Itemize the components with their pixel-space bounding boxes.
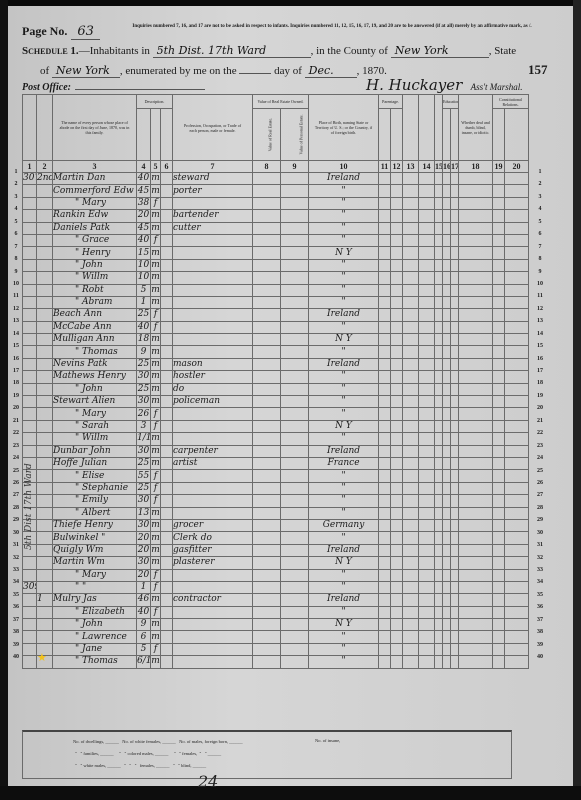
col-15-cell xyxy=(435,495,443,507)
sex-cell: m xyxy=(151,457,161,469)
occupation-cell: cutter xyxy=(173,222,253,234)
name-cell: Rankin Edw xyxy=(53,210,137,222)
name-cell: Mulry Jas xyxy=(53,594,137,606)
col-16-cell xyxy=(443,507,451,519)
col-num: 6 xyxy=(161,161,173,173)
col-19-cell xyxy=(493,569,505,581)
line-number: 7 xyxy=(533,241,547,253)
line-number: 34 xyxy=(10,576,22,588)
schedule-label: Schedule 1. xyxy=(22,45,79,57)
col-12-cell xyxy=(391,433,403,445)
footer-number: 24 xyxy=(198,772,218,791)
county-label: , in the County of xyxy=(311,45,388,57)
line-number: 12 xyxy=(533,303,547,315)
col-header-15: Attended school within the year. xyxy=(435,95,443,161)
occupation-cell xyxy=(173,247,253,259)
col-16-cell xyxy=(443,321,451,333)
col-17-cell xyxy=(451,272,459,284)
sex-cell: m xyxy=(151,656,161,668)
col-15-cell xyxy=(435,371,443,383)
table-row: Hoffe Julian25martistFrance xyxy=(23,457,529,469)
col-19-cell xyxy=(493,408,505,420)
line-number: 21 xyxy=(10,415,22,427)
name-cell: " Stephanie xyxy=(53,482,137,494)
line-number: 1 xyxy=(533,166,547,178)
occupation-cell: policeman xyxy=(173,396,253,408)
age-cell: 10 xyxy=(137,272,151,284)
sex-cell: f xyxy=(151,606,161,618)
county-value: New York xyxy=(391,44,489,58)
col-16-cell xyxy=(443,408,451,420)
col-14-cell xyxy=(419,544,435,556)
col-17-cell xyxy=(451,259,459,271)
col-12-cell xyxy=(391,334,403,346)
personal-estate-cell xyxy=(281,656,309,668)
col-13-cell xyxy=(403,197,419,209)
col-18-cell xyxy=(459,656,493,668)
col-19-cell xyxy=(493,631,505,643)
family-cell xyxy=(37,470,53,482)
col-header-5: Sex.—Males (M.), Females (F.) xyxy=(151,109,161,161)
real-estate-cell xyxy=(253,259,281,271)
col-15-cell xyxy=(435,581,443,593)
real-estate-cell xyxy=(253,470,281,482)
col-13-cell xyxy=(403,557,419,569)
col-17-cell xyxy=(451,457,459,469)
color-cell xyxy=(161,643,173,655)
col-20-cell xyxy=(505,346,529,358)
family-cell xyxy=(37,606,53,618)
col-11-cell xyxy=(379,507,391,519)
col-13-cell xyxy=(403,656,419,668)
col-19-cell xyxy=(493,619,505,631)
col-17-cell xyxy=(451,606,459,618)
line-number: 10 xyxy=(533,278,547,290)
col-18-cell xyxy=(459,185,493,197)
sex-cell: m xyxy=(151,507,161,519)
star-icon[interactable]: ★ xyxy=(37,651,47,664)
col-12-cell xyxy=(391,581,403,593)
col-16-cell xyxy=(443,532,451,544)
real-estate-cell xyxy=(253,495,281,507)
district-value: 5th Dist. 17th Ward xyxy=(153,44,311,58)
col-18-cell xyxy=(459,358,493,370)
col-15-cell xyxy=(435,173,443,185)
col-num: 18 xyxy=(459,161,493,173)
col-15-cell xyxy=(435,445,443,457)
age-cell: 5 xyxy=(137,284,151,296)
personal-estate-cell xyxy=(281,643,309,655)
col-12-cell xyxy=(391,482,403,494)
sex-cell: f xyxy=(151,581,161,593)
col-15-cell xyxy=(435,358,443,370)
col-19-cell xyxy=(493,284,505,296)
name-cell: Stewart Alien xyxy=(53,396,137,408)
table-row: " Thomas6/12m" xyxy=(23,656,529,668)
group-header-education: Education. xyxy=(443,95,459,109)
line-number: 18 xyxy=(10,377,22,389)
sex-cell: f xyxy=(151,309,161,321)
col-16-cell xyxy=(443,445,451,457)
line-number: 5 xyxy=(533,216,547,228)
color-cell xyxy=(161,619,173,631)
personal-estate-cell xyxy=(281,185,309,197)
col-13-cell xyxy=(403,408,419,420)
table-row: " John9mN Y xyxy=(23,619,529,631)
family-cell xyxy=(37,383,53,395)
birthplace-cell: Germany xyxy=(309,519,379,531)
table-row: " Lawrence6m" xyxy=(23,631,529,643)
name-cell: " " xyxy=(53,581,137,593)
col-header-8: Value of Real Estate. xyxy=(253,109,281,161)
sex-cell: m xyxy=(151,296,161,308)
col-13-cell xyxy=(403,321,419,333)
real-estate-cell xyxy=(253,185,281,197)
col-20-cell xyxy=(505,185,529,197)
line-number: 26 xyxy=(10,477,22,489)
line-number: 19 xyxy=(533,390,547,402)
col-19-cell xyxy=(493,656,505,668)
line-number: 22 xyxy=(533,427,547,439)
birthplace-cell: " xyxy=(309,656,379,668)
dwelling-cell xyxy=(23,383,37,395)
col-num: 16 xyxy=(443,161,451,173)
schedule-line: Schedule 1.—Inhabitants in 5th Dist. 17t… xyxy=(22,44,516,58)
birthplace-cell: " xyxy=(309,197,379,209)
col-num: 12 xyxy=(391,161,403,173)
family-cell xyxy=(37,519,53,531)
col-12-cell xyxy=(391,185,403,197)
line-number: 15 xyxy=(10,340,22,352)
table-row: Nevins Patk25mmasonIreland xyxy=(23,358,529,370)
line-number: 12 xyxy=(10,303,22,315)
age-cell: 30 xyxy=(137,396,151,408)
col-19-cell xyxy=(493,383,505,395)
line-number: 10 xyxy=(10,278,22,290)
birthplace-cell: " xyxy=(309,259,379,271)
sex-cell: f xyxy=(151,420,161,432)
col-13-cell xyxy=(403,643,419,655)
col-20-cell xyxy=(505,532,529,544)
col-18-cell xyxy=(459,284,493,296)
occupation-cell xyxy=(173,420,253,432)
line-number: 24 xyxy=(10,452,22,464)
page-number: Page No.63 xyxy=(22,24,100,39)
insane-count-label: No. of insane, xyxy=(315,738,340,743)
col-header-9: Value of Personal Estate. xyxy=(281,109,309,161)
col-16-cell xyxy=(443,544,451,556)
color-cell xyxy=(161,433,173,445)
state-value: New York xyxy=(52,64,120,78)
personal-estate-cell xyxy=(281,457,309,469)
birthplace-cell: " xyxy=(309,222,379,234)
sex-cell: f xyxy=(151,482,161,494)
col-11-cell xyxy=(379,581,391,593)
name-cell: " Robt xyxy=(53,284,137,296)
line-number: 33 xyxy=(533,564,547,576)
page-label: Page No. xyxy=(22,24,67,38)
col-16-cell xyxy=(443,346,451,358)
col-11-cell xyxy=(379,557,391,569)
col-19-cell xyxy=(493,557,505,569)
line-number: 26 xyxy=(533,477,547,489)
col-14-cell xyxy=(419,173,435,185)
age-cell: 40 xyxy=(137,606,151,618)
real-estate-cell xyxy=(253,296,281,308)
line-number: 17 xyxy=(10,365,22,377)
col-12-cell xyxy=(391,544,403,556)
family-cell: 1 xyxy=(37,594,53,606)
of-label: of xyxy=(40,65,49,77)
line-number: 39 xyxy=(533,639,547,651)
col-16-cell xyxy=(443,173,451,185)
col-19-cell xyxy=(493,334,505,346)
col-17-cell xyxy=(451,173,459,185)
day-value xyxy=(239,73,271,74)
family-cell xyxy=(37,210,53,222)
table-row: " Mary20f" xyxy=(23,569,529,581)
family-cell xyxy=(37,321,53,333)
col-16-cell xyxy=(443,334,451,346)
col-14-cell xyxy=(419,222,435,234)
age-cell: 25 xyxy=(137,383,151,395)
line-number: 35 xyxy=(533,589,547,601)
col-15-cell xyxy=(435,334,443,346)
col-num: 10 xyxy=(309,161,379,173)
col-12-cell xyxy=(391,495,403,507)
real-estate-cell xyxy=(253,309,281,321)
personal-estate-cell xyxy=(281,594,309,606)
col-11-cell xyxy=(379,457,391,469)
name-cell: Dunbar John xyxy=(53,445,137,457)
birthplace-cell: " xyxy=(309,185,379,197)
line-number: 31 xyxy=(10,539,22,551)
col-12-cell xyxy=(391,532,403,544)
col-11-cell xyxy=(379,433,391,445)
col-20-cell xyxy=(505,296,529,308)
col-19-cell xyxy=(493,358,505,370)
col-12-cell xyxy=(391,420,403,432)
col-13-cell xyxy=(403,334,419,346)
age-cell: 1 xyxy=(137,296,151,308)
col-15-cell xyxy=(435,457,443,469)
name-cell: Bulwinkel " xyxy=(53,532,137,544)
personal-estate-cell xyxy=(281,173,309,185)
col-12-cell xyxy=(391,247,403,259)
name-cell: " Grace xyxy=(53,234,137,246)
birthplace-cell: N Y xyxy=(309,334,379,346)
birthplace-cell: " xyxy=(309,482,379,494)
name-cell: " Willm xyxy=(53,433,137,445)
family-cell xyxy=(37,309,53,321)
col-14-cell xyxy=(419,470,435,482)
dwelling-cell xyxy=(23,309,37,321)
name-cell: Daniels Patk xyxy=(53,222,137,234)
table-row: Quigly Wm20mgasfitterIreland xyxy=(23,544,529,556)
table-row: " Emily30f" xyxy=(23,495,529,507)
sex-cell: m xyxy=(151,396,161,408)
birthplace-cell: " xyxy=(309,433,379,445)
sex-cell: m xyxy=(151,383,161,395)
col-20-cell xyxy=(505,371,529,383)
col-15-cell xyxy=(435,272,443,284)
dwelling-cell xyxy=(23,247,37,259)
col-15-cell xyxy=(435,234,443,246)
line-number: 17 xyxy=(533,365,547,377)
col-15-cell xyxy=(435,309,443,321)
group-header-estate: Value of Real Estate Owned. xyxy=(253,95,309,109)
personal-estate-cell xyxy=(281,247,309,259)
occupation-cell: porter xyxy=(173,185,253,197)
birthplace-cell: " xyxy=(309,606,379,618)
col-17-cell xyxy=(451,643,459,655)
col-header-17: Cannot write. xyxy=(451,109,459,161)
personal-estate-cell xyxy=(281,482,309,494)
name-cell: " Emily xyxy=(53,495,137,507)
col-15-cell xyxy=(435,606,443,618)
col-11-cell xyxy=(379,619,391,631)
family-cell xyxy=(37,346,53,358)
col-12-cell xyxy=(391,383,403,395)
col-20-cell xyxy=(505,284,529,296)
name-cell: " John xyxy=(53,383,137,395)
col-20-cell xyxy=(505,197,529,209)
scan-border-bottom xyxy=(0,786,581,800)
col-20-cell xyxy=(505,569,529,581)
sex-cell: m xyxy=(151,346,161,358)
line-number: 13 xyxy=(10,315,22,327)
col-19-cell xyxy=(493,470,505,482)
real-estate-cell xyxy=(253,457,281,469)
line-number: 28 xyxy=(533,502,547,514)
dwelling-cell xyxy=(23,259,37,271)
col-19-cell xyxy=(493,197,505,209)
occupation-cell xyxy=(173,619,253,631)
age-cell: 9 xyxy=(137,346,151,358)
col-19-cell xyxy=(493,371,505,383)
table-row: " John10m" xyxy=(23,259,529,271)
personal-estate-cell xyxy=(281,445,309,457)
table-row: " Stephanie25f" xyxy=(23,482,529,494)
col-16-cell xyxy=(443,358,451,370)
age-cell: 9 xyxy=(137,619,151,631)
col-18-cell xyxy=(459,482,493,494)
line-number: 2 xyxy=(533,178,547,190)
col-17-cell xyxy=(451,309,459,321)
col-17-cell xyxy=(451,346,459,358)
col-num: 1 xyxy=(23,161,37,173)
col-header-2: Families, numbered in the order of visit… xyxy=(37,95,53,161)
col-14-cell xyxy=(419,495,435,507)
col-19-cell xyxy=(493,321,505,333)
table-row: 309" "1f" xyxy=(23,581,529,593)
col-17-cell xyxy=(451,581,459,593)
col-18-cell xyxy=(459,420,493,432)
line-number: 37 xyxy=(533,614,547,626)
col-11-cell xyxy=(379,495,391,507)
col-11-cell xyxy=(379,606,391,618)
col-12-cell xyxy=(391,346,403,358)
col-12-cell xyxy=(391,259,403,271)
col-16-cell xyxy=(443,557,451,569)
col-20-cell xyxy=(505,457,529,469)
name-cell: " Jane xyxy=(53,643,137,655)
col-15-cell xyxy=(435,197,443,209)
birthplace-cell: N Y xyxy=(309,247,379,259)
col-19-cell xyxy=(493,519,505,531)
birthplace-cell: " xyxy=(309,272,379,284)
dwelling-cell xyxy=(23,334,37,346)
color-cell xyxy=(161,656,173,668)
occupation-cell: contractor xyxy=(173,594,253,606)
dwelling-cell xyxy=(23,321,37,333)
col-15-cell xyxy=(435,408,443,420)
family-cell xyxy=(37,495,53,507)
col-17-cell xyxy=(451,619,459,631)
col-18-cell xyxy=(459,396,493,408)
col-11-cell xyxy=(379,532,391,544)
col-12-cell xyxy=(391,594,403,606)
col-15-cell xyxy=(435,420,443,432)
col-num: 5 xyxy=(151,161,161,173)
col-header-19: Male Citizens of U. S. of 21 years of ag… xyxy=(493,109,505,161)
col-16-cell xyxy=(443,383,451,395)
col-16-cell xyxy=(443,643,451,655)
col-11-cell xyxy=(379,656,391,668)
dwelling-cell xyxy=(23,346,37,358)
col-17-cell xyxy=(451,631,459,643)
birthplace-cell: " xyxy=(309,371,379,383)
col-15-cell xyxy=(435,185,443,197)
col-14-cell xyxy=(419,532,435,544)
col-18-cell xyxy=(459,296,493,308)
col-20-cell xyxy=(505,631,529,643)
name-cell: " Mary xyxy=(53,569,137,581)
line-number: 13 xyxy=(533,315,547,327)
line-number: 36 xyxy=(10,601,22,613)
col-18-cell xyxy=(459,519,493,531)
page-number-value: 63 xyxy=(71,24,100,40)
right-line-numbers: 1234567891011121314151617181920212223242… xyxy=(533,166,547,664)
sex-cell: m xyxy=(151,631,161,643)
table-row: McCabe Ann40f" xyxy=(23,321,529,333)
birthplace-cell: " xyxy=(309,495,379,507)
col-16-cell xyxy=(443,234,451,246)
col-14-cell xyxy=(419,185,435,197)
color-cell xyxy=(161,197,173,209)
sex-cell: m xyxy=(151,594,161,606)
col-13-cell xyxy=(403,445,419,457)
col-17-cell xyxy=(451,247,459,259)
real-estate-cell xyxy=(253,619,281,631)
personal-estate-cell xyxy=(281,470,309,482)
color-cell xyxy=(161,445,173,457)
col-16-cell xyxy=(443,631,451,643)
col-18-cell xyxy=(459,619,493,631)
table-row: Rankin Edw20mbartender" xyxy=(23,210,529,222)
col-11-cell xyxy=(379,247,391,259)
personal-estate-cell xyxy=(281,507,309,519)
col-14-cell xyxy=(419,643,435,655)
birthplace-cell: " xyxy=(309,470,379,482)
col-15-cell xyxy=(435,222,443,234)
age-cell: 6/12 xyxy=(137,656,151,668)
occupation-cell: gasfitter xyxy=(173,544,253,556)
sex-cell: f xyxy=(151,234,161,246)
sex-cell: f xyxy=(151,569,161,581)
col-18-cell xyxy=(459,334,493,346)
inquiries-note: Inquiries numbered 7, 16, and 17 are not… xyxy=(112,24,552,30)
